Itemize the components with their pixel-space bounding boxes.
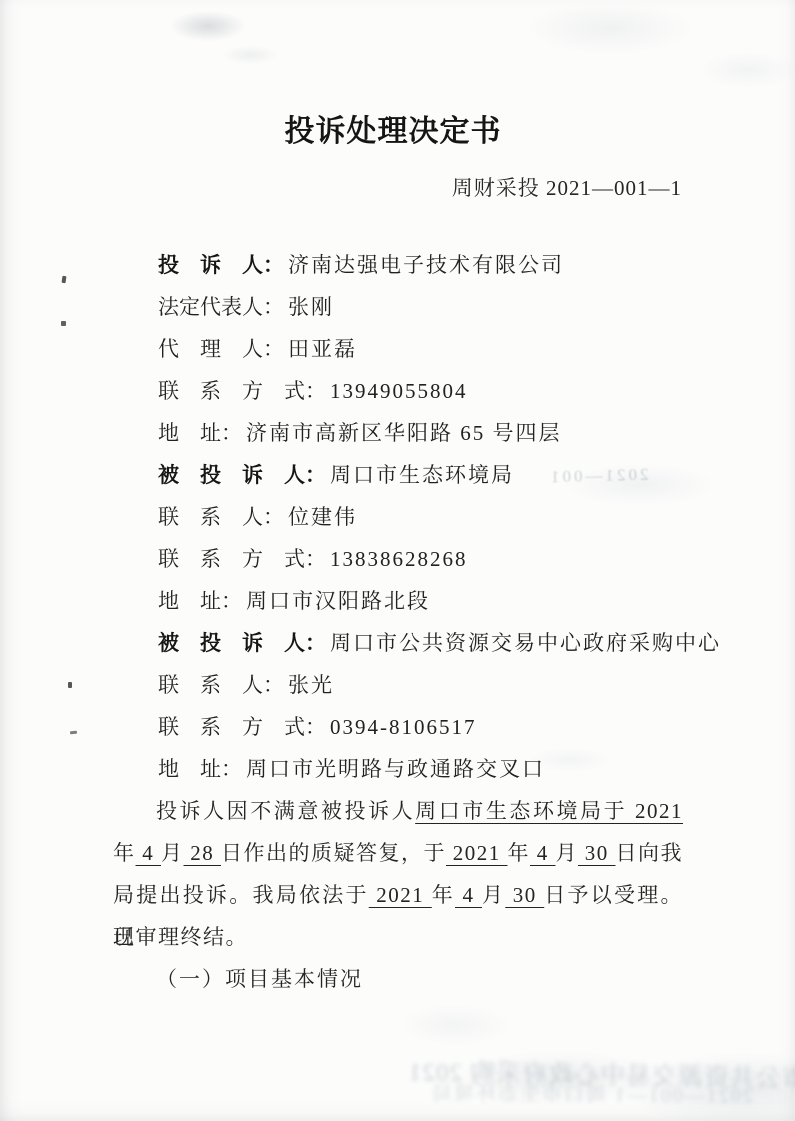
decision-paragraph: 投诉人因不满意被投诉人周口市生态环境局于 2021年 4 月 28 日作出的质疑… xyxy=(113,790,683,958)
info-label: 代 理 人： xyxy=(158,337,284,361)
info-line: 地 址：周口市汉阳路北段 xyxy=(0,580,795,622)
info-line: 联 系 人：张光 xyxy=(0,664,795,706)
info-value: 13838628268 xyxy=(326,547,468,571)
info-value: 0394-8106517 xyxy=(326,715,477,739)
info-value: 周口市光明路与政通路交叉口 xyxy=(242,757,545,781)
info-value: 13949055804 xyxy=(326,379,468,403)
info-value: 位建伟 xyxy=(284,505,357,529)
filled-blank: 4 xyxy=(136,841,162,865)
info-label: 联 系 方 式： xyxy=(158,547,326,571)
paragraph-text: 日向我 xyxy=(616,841,684,865)
info-label: 被 投 诉 人： xyxy=(158,631,326,655)
info-value: 张刚 xyxy=(284,295,334,319)
info-label: 投 诉 人： xyxy=(158,253,284,277)
info-line: 联 系 方 式：0394-8106517 xyxy=(0,706,795,748)
paragraph-text: 年 xyxy=(432,883,455,907)
info-value: 田亚磊 xyxy=(284,337,357,361)
info-label: 法定代表人： xyxy=(158,295,284,319)
filled-blank: 2021 xyxy=(446,841,508,865)
paragraph-line: 已审理终结。 xyxy=(113,916,683,958)
paragraph-line: 年 4 月 28 日作出的质疑答复，于 2021 年 4 月 30 日向我 xyxy=(113,832,683,874)
info-line: 被 投 诉 人：周口市生态环境局 xyxy=(0,454,795,496)
scanned-document-page: 投诉处理决定书 周财采投 2021—001—1 投 诉 人：济南达强电子技术有限… xyxy=(0,0,795,1121)
paragraph-text: 年 xyxy=(508,841,531,865)
document-number: 周财采投 2021—001—1 xyxy=(452,172,682,202)
filled-blank: 4 xyxy=(455,883,482,907)
paragraph-line: 局提出投诉。我局依法于 2021 年 4 月 30 日予以受理。现 xyxy=(113,874,683,916)
info-label: 联 系 人： xyxy=(158,505,284,529)
filled-blank: 周口市生态环境局于 2021 xyxy=(415,799,683,823)
info-line: 代 理 人：田亚磊 xyxy=(0,328,795,370)
document-title: 投诉处理决定书 xyxy=(0,112,786,151)
section-heading: （一）项目基本情况 xyxy=(113,958,683,1000)
ink-speck xyxy=(61,321,66,326)
party-info-list: 投 诉 人：济南达强电子技术有限公司法定代表人：张刚代 理 人：田亚磊联 系 方… xyxy=(0,244,795,790)
info-line: 投 诉 人：济南达强电子技术有限公司 xyxy=(0,244,795,286)
paragraph-text: 日作出的质疑答复，于 xyxy=(221,841,446,865)
paragraph-text: 月 xyxy=(161,841,184,865)
paragraph-line: 投诉人因不满意被投诉人周口市生态环境局于 2021 xyxy=(113,790,683,832)
paragraph-text: 局提出投诉。我局依法于 xyxy=(113,883,369,907)
info-label: 联 系 人： xyxy=(158,673,284,697)
info-line: 地 址：济南市高新区华阳路 65 号四层 xyxy=(0,412,795,454)
info-line: 联 系 方 式：13838628268 xyxy=(0,538,795,580)
ink-speck xyxy=(68,682,72,688)
info-line: 法定代表人：张刚 xyxy=(0,286,795,328)
document-body: 投 诉 人：济南达强电子技术有限公司法定代表人：张刚代 理 人：田亚磊联 系 方… xyxy=(0,244,795,1000)
info-value: 周口市汉阳路北段 xyxy=(242,589,430,613)
page-bleedthrough-text: 2021—001—1 周口市生态环境局 xyxy=(430,1077,753,1109)
paragraph-text: 月 xyxy=(556,841,579,865)
info-label: 联 系 方 式： xyxy=(158,379,326,403)
info-value: 济南市高新区华阳路 65 号四层 xyxy=(242,421,562,445)
paragraph-text: 已审理终结。 xyxy=(113,925,248,949)
filled-blank: 30 xyxy=(505,883,544,907)
info-label: 地 址： xyxy=(158,421,242,445)
paragraph-text: 投诉人因不满意被投诉人 xyxy=(156,799,415,823)
info-line: 联 系 人：位建伟 xyxy=(0,496,795,538)
info-value: 周口市公共资源交易中心政府采购中心 xyxy=(326,631,721,655)
info-line: 地 址：周口市光明路与政通路交叉口 xyxy=(0,748,795,790)
paragraph-text: 年 xyxy=(113,841,136,865)
info-value: 周口市生态环境局 xyxy=(326,463,514,487)
filled-blank: 2021 xyxy=(369,883,432,907)
info-line: 联 系 方 式：13949055804 xyxy=(0,370,795,412)
info-label: 地 址： xyxy=(158,589,242,613)
paragraph-text: 月 xyxy=(482,883,505,907)
filled-blank: 4 xyxy=(530,841,556,865)
info-label: 地 址： xyxy=(158,757,242,781)
info-label: 联 系 方 式： xyxy=(158,715,326,739)
page-bleedthrough-text: 周口市公共资源交易中心政府采购 2021 xyxy=(408,1052,795,1096)
info-label: 被 投 诉 人： xyxy=(158,463,326,487)
info-line: 被 投 诉 人：周口市公共资源交易中心政府采购中心 xyxy=(0,622,795,664)
info-value: 张光 xyxy=(284,673,334,697)
filled-blank: 30 xyxy=(578,841,616,865)
filled-blank: 28 xyxy=(184,841,222,865)
info-value: 济南达强电子技术有限公司 xyxy=(284,253,564,277)
